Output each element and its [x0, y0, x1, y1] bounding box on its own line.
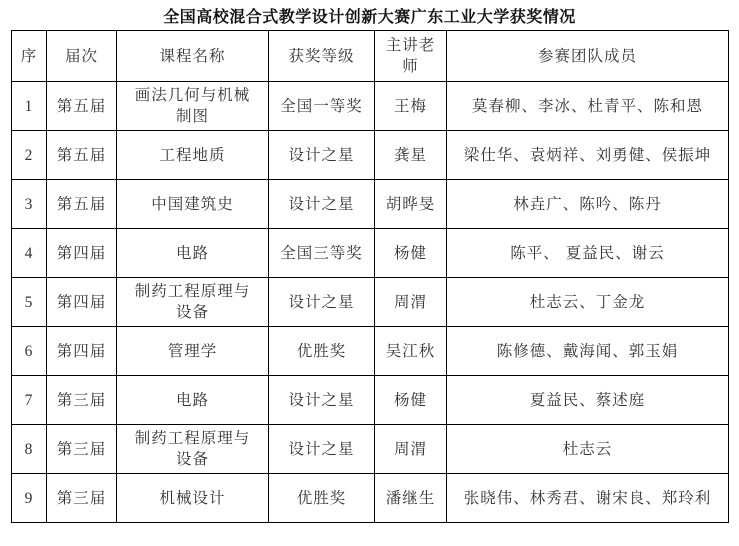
cell-teacher: 杨健 [375, 229, 447, 278]
cell-teacher: 周渭 [375, 278, 447, 327]
cell-teacher: 胡晔旻 [375, 180, 447, 229]
header-session: 届次 [47, 31, 117, 82]
cell-team: 陈平、 夏益民、谢云 [447, 229, 729, 278]
cell-no: 4 [12, 229, 47, 278]
table-row: 7第三届电路设计之星杨健夏益民、蔡述庭 [12, 376, 729, 425]
cell-course: 画法几何与机械制图 [117, 82, 269, 131]
cell-award: 优胜奖 [269, 474, 375, 523]
header-teacher: 主讲老师 [375, 31, 447, 82]
cell-no: 5 [12, 278, 47, 327]
cell-teacher: 周渭 [375, 425, 447, 474]
cell-no: 8 [12, 425, 47, 474]
cell-no: 7 [12, 376, 47, 425]
cell-session: 第四届 [47, 278, 117, 327]
document-title: 全国高校混合式教学设计创新大赛广东工业大学获奖情况 [0, 4, 739, 27]
cell-session: 第四届 [47, 327, 117, 376]
table-row: 8第三届制药工程原理与设备设计之星周渭杜志云 [12, 425, 729, 474]
cell-team: 张晓伟、林秀君、谢宋良、郑玲利 [447, 474, 729, 523]
table-row: 4第四届电路全国三等奖杨健陈平、 夏益民、谢云 [12, 229, 729, 278]
cell-course: 电路 [117, 229, 269, 278]
table-header-row: 序 届次 课程名称 获奖等级 主讲老师 参赛团队成员 [12, 31, 729, 82]
cell-award: 设计之星 [269, 376, 375, 425]
header-award: 获奖等级 [269, 31, 375, 82]
cell-course: 工程地质 [117, 131, 269, 180]
cell-no: 6 [12, 327, 47, 376]
cell-award: 设计之星 [269, 180, 375, 229]
cell-team: 梁仕华、袁炳祥、刘勇健、侯振坤 [447, 131, 729, 180]
cell-award: 全国一等奖 [269, 82, 375, 131]
cell-session: 第三届 [47, 425, 117, 474]
cell-session: 第五届 [47, 180, 117, 229]
cell-teacher: 龚星 [375, 131, 447, 180]
cell-teacher: 杨健 [375, 376, 447, 425]
table-row: 1第五届画法几何与机械制图全国一等奖王梅莫春柳、李冰、杜青平、陈和恩 [12, 82, 729, 131]
cell-course: 管理学 [117, 327, 269, 376]
cell-team: 陈修德、戴海闻、郭玉娟 [447, 327, 729, 376]
header-no: 序 [12, 31, 47, 82]
cell-team: 夏益民、蔡述庭 [447, 376, 729, 425]
cell-session: 第五届 [47, 82, 117, 131]
awards-table: 序 届次 课程名称 获奖等级 主讲老师 参赛团队成员 1第五届画法几何与机械制图… [11, 30, 729, 523]
cell-session: 第三届 [47, 376, 117, 425]
cell-award: 全国三等奖 [269, 229, 375, 278]
cell-team: 莫春柳、李冰、杜青平、陈和恩 [447, 82, 729, 131]
cell-teacher: 潘继生 [375, 474, 447, 523]
cell-teacher: 王梅 [375, 82, 447, 131]
cell-no: 2 [12, 131, 47, 180]
cell-no: 1 [12, 82, 47, 131]
table-row: 3第五届中国建筑史设计之星胡晔旻林垚广、陈吟、陈丹 [12, 180, 729, 229]
cell-course: 电路 [117, 376, 269, 425]
table-row: 6第四届管理学优胜奖吴江秋陈修德、戴海闻、郭玉娟 [12, 327, 729, 376]
cell-course: 中国建筑史 [117, 180, 269, 229]
table-row: 2第五届工程地质设计之星龚星梁仕华、袁炳祥、刘勇健、侯振坤 [12, 131, 729, 180]
cell-award: 设计之星 [269, 131, 375, 180]
cell-no: 3 [12, 180, 47, 229]
cell-team: 杜志云、丁金龙 [447, 278, 729, 327]
cell-session: 第三届 [47, 474, 117, 523]
cell-session: 第五届 [47, 131, 117, 180]
header-course: 课程名称 [117, 31, 269, 82]
cell-team: 林垚广、陈吟、陈丹 [447, 180, 729, 229]
cell-no: 9 [12, 474, 47, 523]
header-team: 参赛团队成员 [447, 31, 729, 82]
table-row: 9第三届机械设计优胜奖潘继生张晓伟、林秀君、谢宋良、郑玲利 [12, 474, 729, 523]
cell-course: 制药工程原理与设备 [117, 278, 269, 327]
table-row: 5第四届制药工程原理与设备设计之星周渭杜志云、丁金龙 [12, 278, 729, 327]
cell-session: 第四届 [47, 229, 117, 278]
cell-course: 机械设计 [117, 474, 269, 523]
cell-teacher: 吴江秋 [375, 327, 447, 376]
cell-course: 制药工程原理与设备 [117, 425, 269, 474]
cell-team: 杜志云 [447, 425, 729, 474]
cell-award: 设计之星 [269, 278, 375, 327]
cell-award: 设计之星 [269, 425, 375, 474]
cell-award: 优胜奖 [269, 327, 375, 376]
